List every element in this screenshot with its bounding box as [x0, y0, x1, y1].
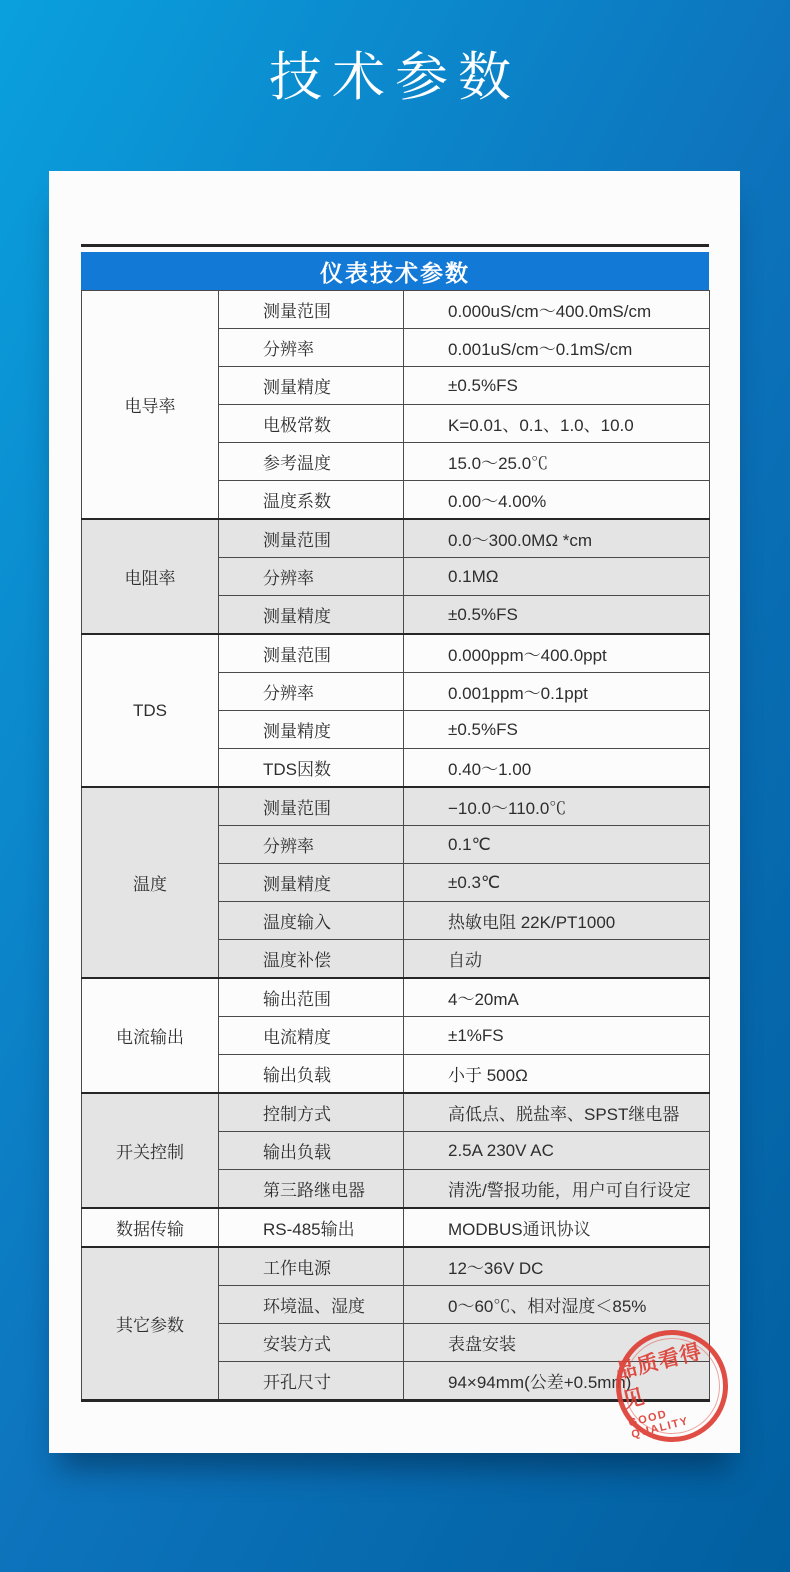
param-label-cell: 输出范围	[219, 978, 404, 1017]
param-label-cell: 输出负载	[219, 1132, 404, 1170]
spec-table-wrap: 仪表技术参数 电导率测量范围0.000uS/cm～400.0mS/cm分辨率0.…	[81, 244, 709, 1402]
param-value-cell: −10.0～110.0℃	[404, 787, 710, 826]
param-label-cell: 控制方式	[219, 1093, 404, 1132]
param-value-cell: 4～20mA	[404, 978, 710, 1017]
param-value-cell: 0.001uS/cm～0.1mS/cm	[404, 329, 710, 367]
param-label-cell: 测量精度	[219, 864, 404, 902]
param-value-cell: 0.001ppm～0.1ppt	[404, 673, 710, 711]
spec-table-body: 电导率测量范围0.000uS/cm～400.0mS/cm分辨率0.001uS/c…	[82, 291, 710, 1401]
param-label-cell: 分辨率	[219, 673, 404, 711]
param-label-cell: 第三路继电器	[219, 1170, 404, 1209]
param-value-cell: 0.000uS/cm～400.0mS/cm	[404, 291, 710, 329]
param-label-cell: 温度系数	[219, 481, 404, 520]
param-value-cell: K=0.01、0.1、1.0、10.0	[404, 405, 710, 443]
param-label-cell: 开孔尺寸	[219, 1362, 404, 1401]
table-row: 开关控制控制方式高低点、脱盐率、SPST继电器	[82, 1093, 710, 1132]
param-value-cell: 0～60℃、相对湿度＜85%	[404, 1286, 710, 1324]
param-value-cell: ±0.3℃	[404, 864, 710, 902]
param-value-cell: MODBUS通讯协议	[404, 1208, 710, 1247]
param-label-cell: 测量范围	[219, 519, 404, 558]
group-label-cell: 电阻率	[82, 519, 219, 634]
param-value-cell: 2.5A 230V AC	[404, 1132, 710, 1170]
param-label-cell: TDS因数	[219, 749, 404, 788]
param-label-cell: 测量范围	[219, 787, 404, 826]
param-value-cell: 热敏电阻 22K/PT1000	[404, 902, 710, 940]
table-row: 温度测量范围−10.0～110.0℃	[82, 787, 710, 826]
param-value-cell: 高低点、脱盐率、SPST继电器	[404, 1093, 710, 1132]
table-row: 数据传输RS-485输出MODBUS通讯协议	[82, 1208, 710, 1247]
param-value-cell: 0.40～1.00	[404, 749, 710, 788]
table-top-rule	[81, 244, 709, 247]
param-label-cell: RS-485输出	[219, 1208, 404, 1247]
param-value-cell: 0.1MΩ	[404, 558, 710, 596]
param-value-cell: ±0.5%FS	[404, 367, 710, 405]
param-value-cell: 小于 500Ω	[404, 1055, 710, 1094]
spec-table: 电导率测量范围0.000uS/cm～400.0mS/cm分辨率0.001uS/c…	[81, 290, 710, 1402]
param-label-cell: 温度补偿	[219, 940, 404, 979]
table-row: TDS测量范围0.000ppm～400.0ppt	[82, 634, 710, 673]
group-label-cell: 电导率	[82, 291, 219, 520]
param-label-cell: 工作电源	[219, 1247, 404, 1286]
param-value-cell: 0.1℃	[404, 826, 710, 864]
param-label-cell: 测量精度	[219, 596, 404, 635]
param-value-cell: ±0.5%FS	[404, 596, 710, 635]
param-label-cell: 安装方式	[219, 1324, 404, 1362]
group-label-cell: 其它参数	[82, 1247, 219, 1401]
param-label-cell: 测量范围	[219, 634, 404, 673]
param-label-cell: 测量范围	[219, 291, 404, 329]
param-label-cell: 输出负载	[219, 1055, 404, 1094]
param-value-cell: 清洗/警报功能，用户可自行设定	[404, 1170, 710, 1209]
param-value-cell: 自动	[404, 940, 710, 979]
param-value-cell: 12～36V DC	[404, 1247, 710, 1286]
page-title: 技术参数	[0, 44, 790, 112]
param-value-cell: ±1%FS	[404, 1017, 710, 1055]
param-label-cell: 温度输入	[219, 902, 404, 940]
param-label-cell: 电流精度	[219, 1017, 404, 1055]
group-label-cell: 温度	[82, 787, 219, 978]
param-value-cell: 15.0～25.0℃	[404, 443, 710, 481]
param-label-cell: 分辨率	[219, 826, 404, 864]
table-header: 仪表技术参数	[81, 252, 709, 290]
param-value-cell: ±0.5%FS	[404, 711, 710, 749]
param-value-cell: 0.0～300.0MΩ *cm	[404, 519, 710, 558]
param-label-cell: 环境温、湿度	[219, 1286, 404, 1324]
stamp-text-cn: 品质看得见	[612, 1331, 725, 1414]
group-label-cell: TDS	[82, 634, 219, 787]
spec-card: 仪表技术参数 电导率测量范围0.000uS/cm～400.0mS/cm分辨率0.…	[49, 171, 740, 1453]
table-row: 其它参数工作电源12～36V DC	[82, 1247, 710, 1286]
table-row: 电导率测量范围0.000uS/cm～400.0mS/cm	[82, 291, 710, 329]
param-label-cell: 参考温度	[219, 443, 404, 481]
param-label-cell: 测量精度	[219, 711, 404, 749]
table-row: 电流输出输出范围4～20mA	[82, 978, 710, 1017]
group-label-cell: 电流输出	[82, 978, 219, 1093]
param-label-cell: 分辨率	[219, 558, 404, 596]
param-label-cell: 电极常数	[219, 405, 404, 443]
param-label-cell: 分辨率	[219, 329, 404, 367]
param-label-cell: 测量精度	[219, 367, 404, 405]
param-value-cell: 0.00～4.00%	[404, 481, 710, 520]
page-background: { "page_title": "技术参数", "colors": { "bac…	[0, 0, 790, 1572]
param-value-cell: 0.000ppm～400.0ppt	[404, 634, 710, 673]
table-row: 电阻率测量范围0.0～300.0MΩ *cm	[82, 519, 710, 558]
group-label-cell: 开关控制	[82, 1093, 219, 1208]
group-label-cell: 数据传输	[82, 1208, 219, 1247]
